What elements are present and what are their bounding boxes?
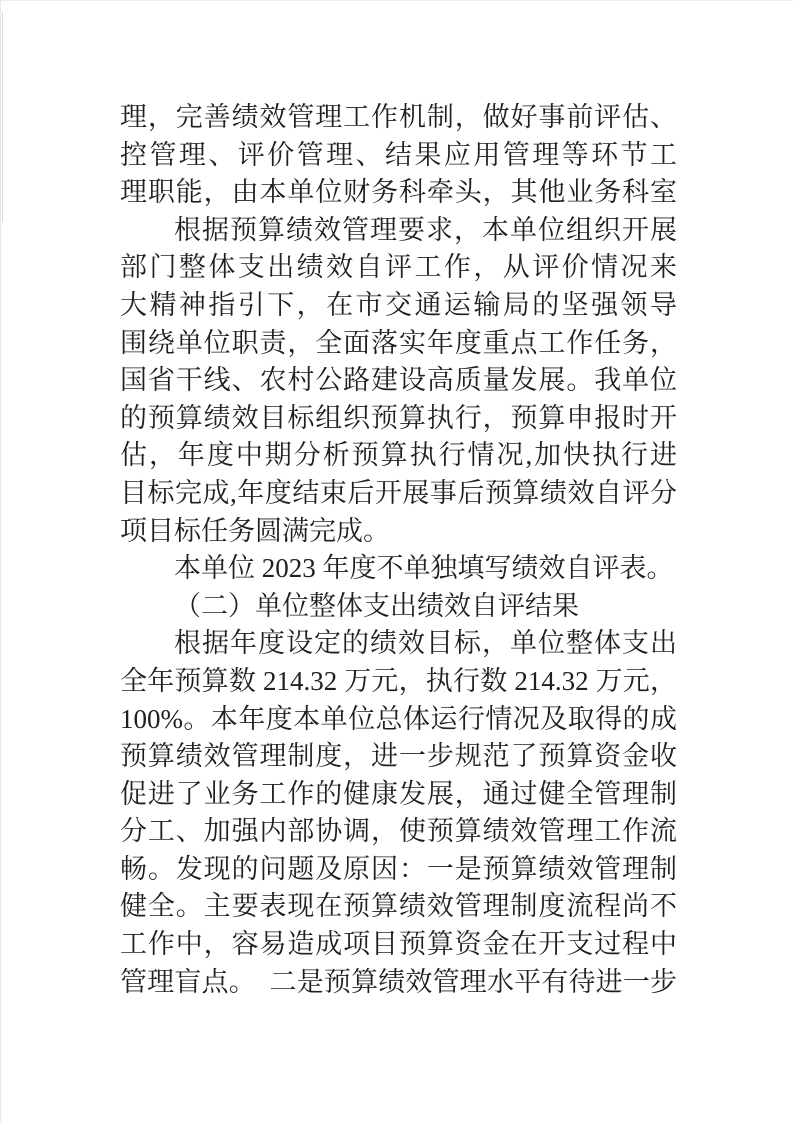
document-page: 理，完善绩效管理工作机制，做好事前评估、目标管理、监控管理、评价管理、结果应用管… [0, 0, 793, 1122]
text-line: 理，完善绩效管理工作机制，做好事前评估、目标管理、监 [120, 99, 677, 137]
section-heading: （二）单位整体支出绩效自评结果 [120, 588, 677, 626]
text-line: 围绕单位职责，全面落实年度重点工作任务，扎实推动我市 [120, 325, 677, 363]
scan-artifact-left-mark [2, 12, 3, 222]
scan-artifact-left-edge [0, 0, 1, 1122]
text-line: 本单位 2023 年度不单独填写绩效自评表。 [120, 550, 677, 588]
text-line: 目标完成,年度结束后开展事后预算绩效自评分析，确保各 [120, 475, 677, 513]
text-line: 预算绩效管理制度，进一步规范了预算资金收支管理，有效 [120, 738, 677, 776]
text-line: 健全。主要表现在预算绩效管理制度流程尚不完善，具体到 [120, 888, 677, 926]
text-line: 项目标任务圆满完成。 [120, 513, 677, 551]
text-line: 工作中，容易造成项目预算资金在开支过程中出现预算绩效 [120, 926, 677, 964]
text-line: 控管理、评价管理、结果应用管理等环节工作。明确绩效管 [120, 137, 677, 175]
text-line: 畅。发现的问题及原因：一是预算绩效管理制度有待进一步 [120, 851, 677, 889]
text-line: 管理盲点。 二是预算绩效管理水平有待进一步提高。财务 [120, 964, 677, 1002]
text-line: 全年预算数 214.32 万元，执行数 214.32 万元，完成预算的 [120, 663, 677, 701]
text-line: 根据预算绩效管理要求，本单位组织开展了 2023 年度 [120, 212, 677, 250]
text-line: 理职能，由本单位财务科牵头，其他业务科室协同配合完成。 [120, 174, 677, 212]
text-line: 促进了业务工作的健康发展，通过健全管理制度、明确职责 [120, 776, 677, 814]
text-line: 分工、加强内部协调，使预算绩效管理工作流程更加合理顺 [120, 813, 677, 851]
text-line: 根据年度设定的绩效目标，单位整体支出自评得分 96， [120, 625, 677, 663]
text-line: 大精神指引下，在市交通运输局的坚强领导下，我单位紧紧 [120, 287, 677, 325]
document-body: 理，完善绩效管理工作机制，做好事前评估、目标管理、监控管理、评价管理、结果应用管… [120, 99, 677, 1001]
scan-artifact-top-edge [0, 0, 793, 1]
text-line: 部门整体支出绩效自评工作，从评价情况来看，在党的二十 [120, 249, 677, 287]
text-line: 100%。本年度本单位总体运行情况及取得的成绩：通过学习 [120, 701, 677, 739]
text-line: 的预算绩效目标组织预算执行，预算申报时开展绩效事前评 [120, 400, 677, 438]
text-line: 国省干线、农村公路建设高质量发展。我单位严格按照批复 [120, 362, 677, 400]
text-line: 估，年度中期分析预算执行情况,加快执行进度，推进绩效 [120, 437, 677, 475]
